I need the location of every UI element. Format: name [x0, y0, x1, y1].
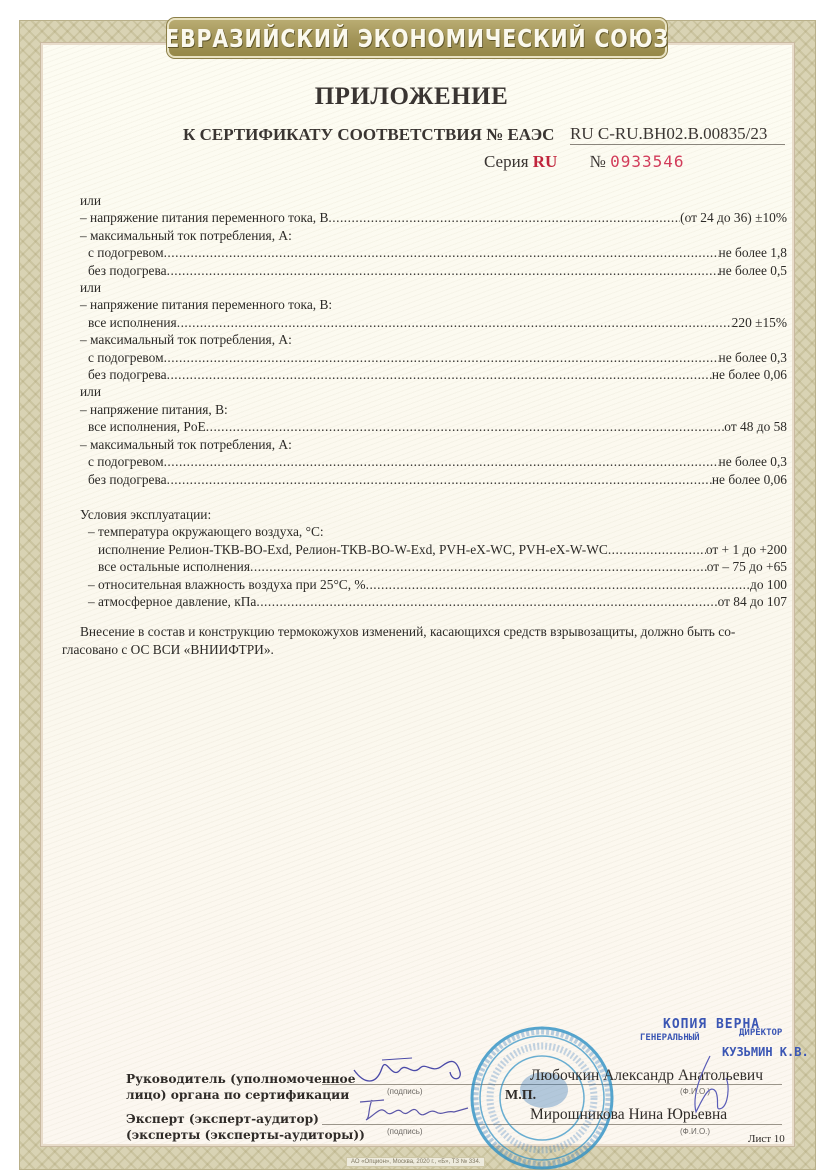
spec-heading: – напряжение питания переменного тока, В… [80, 296, 787, 313]
signature-caption: (подпись) [387, 1127, 423, 1136]
spec-heading: – максимальный ток потребления, А: [80, 436, 787, 453]
spec-row: все исполнения, PoE от 48 до 58 [80, 418, 787, 435]
certificate-label: К СЕРТИФИКАТУ СООТВЕТСТВИЯ № ЕАЭС [183, 125, 554, 145]
series-line: Серия RU № 0933546 [484, 152, 685, 172]
document-body: или – напряжение питания переменного ток… [80, 192, 787, 658]
or-text: или [80, 279, 787, 296]
spec-row: – атмосферное давление, кПа от 84 до 107 [80, 593, 787, 610]
or-text: или [80, 383, 787, 400]
seal-place-label: М.П. [505, 1088, 536, 1104]
spec-row: с подогревомне более 0,3 [80, 349, 787, 366]
spec-heading: – напряжение питания, В: [80, 401, 787, 418]
spec-heading: – максимальный ток потребления, А: [80, 331, 787, 348]
blank-number: 0933546 [610, 152, 684, 171]
note-line-1: Внесение в состав и конструкцию термокож… [80, 623, 787, 640]
note-paragraph: Внесение в состав и конструкцию термокож… [80, 623, 787, 658]
spec-row: без подогреване более 0,06 [80, 471, 787, 488]
spec-row: – относительная влажность воздуха при 25… [80, 576, 787, 593]
conditions-heading: Условия эксплуатации: [80, 506, 787, 523]
spec-row: с подогревомне более 0,3 [80, 453, 787, 470]
printer-imprint: АО «Опцион», Москва, 2020 г., «Б», ТЗ № … [346, 1157, 485, 1167]
spec-heading: – температура окружающего воздуха, °С: [80, 523, 787, 540]
spec-row: все исполнения 220 ±15% [80, 314, 787, 331]
banner-text: ЕВРАЗИЙСКИЙ ЭКОНОМИЧЕСКИЙ СОЮЗ [165, 24, 669, 53]
certificate-number: RU C-RU.BH02.B.00835/23 [570, 124, 785, 145]
series-label: Серия [484, 152, 529, 171]
sheet-number: Лист 10 [748, 1133, 785, 1145]
or-text: или [80, 192, 787, 209]
series-value: RU [533, 152, 558, 171]
spec-row: все остальные исполнения от – 75 до +65 [80, 558, 787, 575]
fio-caption: (Ф.И.О.) [680, 1127, 710, 1136]
spec-row: без подогреване более 0,5 [80, 262, 787, 279]
head-signature [352, 1050, 472, 1090]
spec-row: – напряжение питания переменного тока, В… [80, 209, 787, 226]
spec-heading: – максимальный ток потребления, А: [80, 227, 787, 244]
page-title: ПРИЛОЖЕНИЕ [0, 83, 823, 111]
expert-label: Эксперт (эксперт-аудитор) (эксперты (экс… [126, 1112, 365, 1143]
eaeu-banner: ЕВРАЗИЙСКИЙ ЭКОНОМИЧЕСКИЙ СОЮЗ [167, 18, 667, 58]
spec-row: без подогреване более 0,06 [80, 366, 787, 383]
note-line-2: гласовано с ОС ВСИ «ВНИИФТРИ». [62, 641, 787, 658]
number-label: № [590, 152, 606, 171]
head-label: Руководитель (уполномоченное лицо) орган… [126, 1072, 355, 1103]
spec-row: исполнение Релион-ТКВ-ВО-Exd, Релион-ТКВ… [80, 541, 787, 558]
expert-signature [356, 1094, 476, 1126]
director-signature [670, 1052, 740, 1122]
official-seal [462, 1022, 624, 1172]
spec-row: с подогревомне более 1,8 [80, 244, 787, 261]
